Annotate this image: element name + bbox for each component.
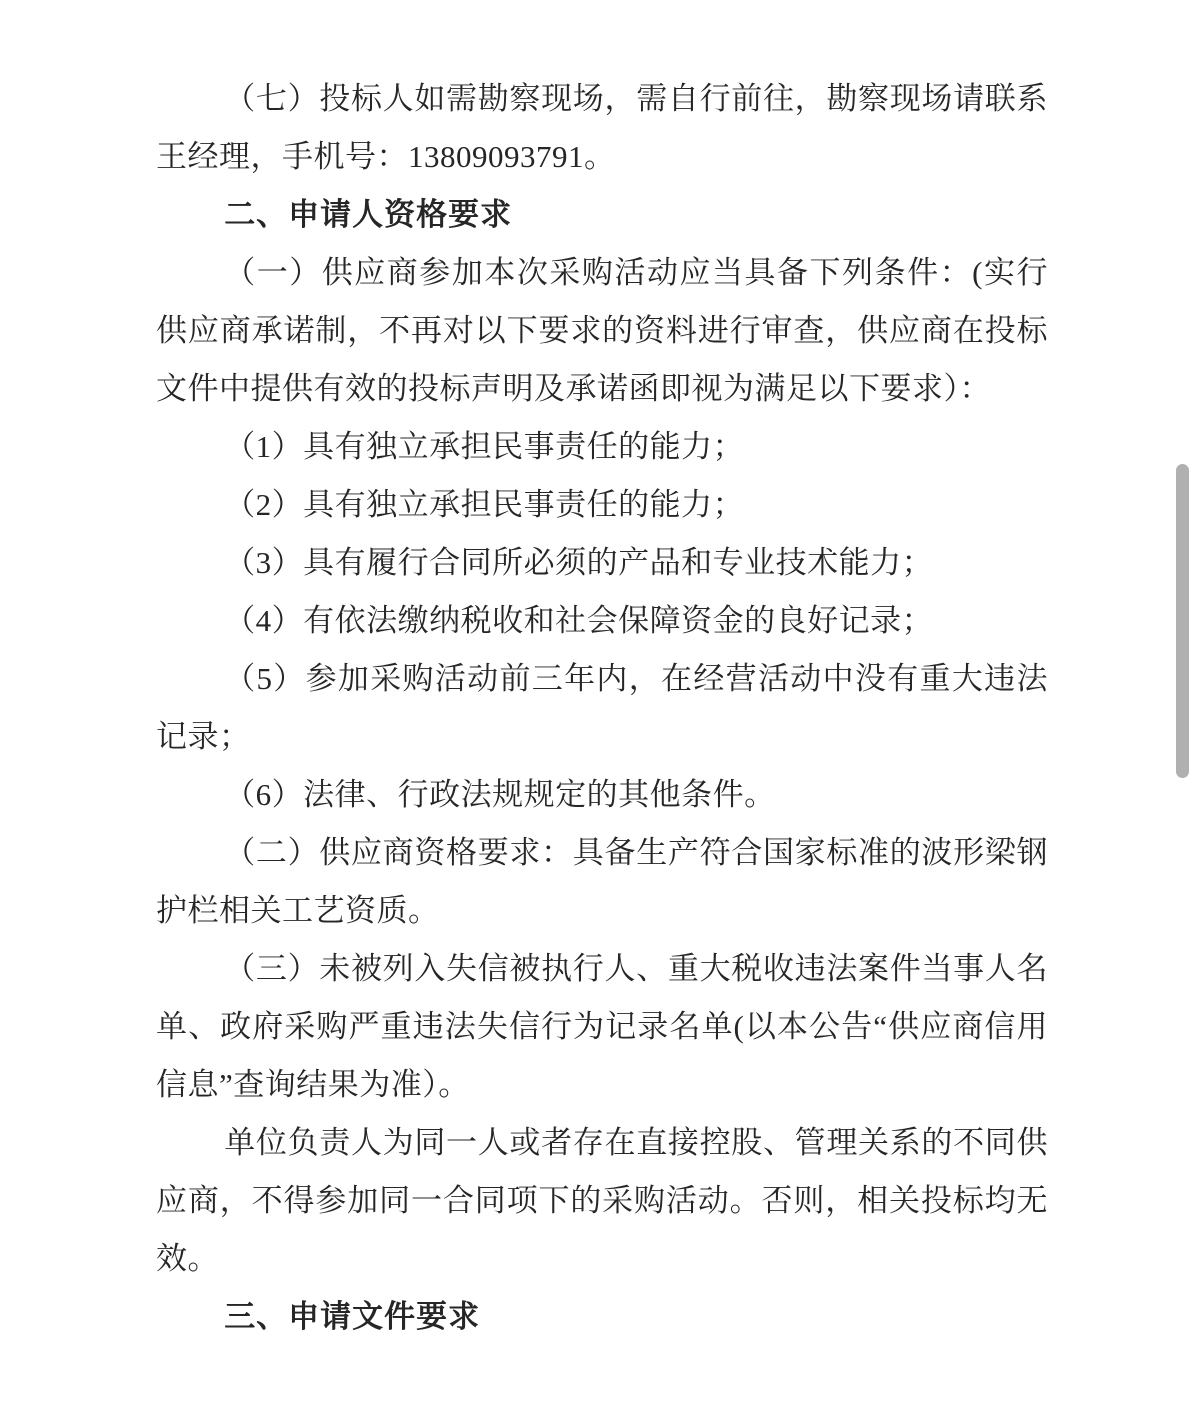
list-item-condition-5: （5）参加采购活动前三年内，在经营活动中没有重大违法记录；	[156, 650, 1048, 766]
section-heading-applicant-qualification: 二、申请人资格要求	[156, 186, 1048, 244]
list-item-condition-4: （4）有依法缴纳税收和社会保障资金的良好记录；	[156, 592, 1048, 650]
list-item-condition-3: （3）具有履行合同所必须的产品和专业技术能力；	[156, 534, 1048, 592]
paragraph-supplier-qualification: （二）供应商资格要求：具备生产符合国家标准的波形梁钢护栏相关工艺资质。	[156, 824, 1048, 940]
paragraph-credit-blacklist: （三）未被列入失信被执行人、重大税收违法案件当事人名单、政府采购严重违法失信行为…	[156, 940, 1048, 1114]
list-item-condition-1: （1）具有独立承担民事责任的能力；	[156, 418, 1048, 476]
scrollbar-thumb[interactable]	[1176, 464, 1189, 778]
list-item-condition-6: （6）法律、行政法规规定的其他条件。	[156, 766, 1048, 824]
document-page: （七）投标人如需勘察现场，需自行前往，勘察现场请联系王经理，手机号：138090…	[0, 70, 1199, 1346]
paragraph-supplier-conditions-intro: （一）供应商参加本次采购活动应当具备下列条件：(实行供应商承诺制，不再对以下要求…	[156, 244, 1048, 418]
paragraph-same-responsible-person: 单位负责人为同一人或者存在直接控股、管理关系的不同供应商，不得参加同一合同项下的…	[156, 1114, 1048, 1288]
section-heading-application-documents: 三、申请文件要求	[156, 1288, 1048, 1346]
list-item-condition-2: （2）具有独立承担民事责任的能力；	[156, 476, 1048, 534]
paragraph-site-visit: （七）投标人如需勘察现场，需自行前往，勘察现场请联系王经理，手机号：138090…	[156, 70, 1048, 186]
